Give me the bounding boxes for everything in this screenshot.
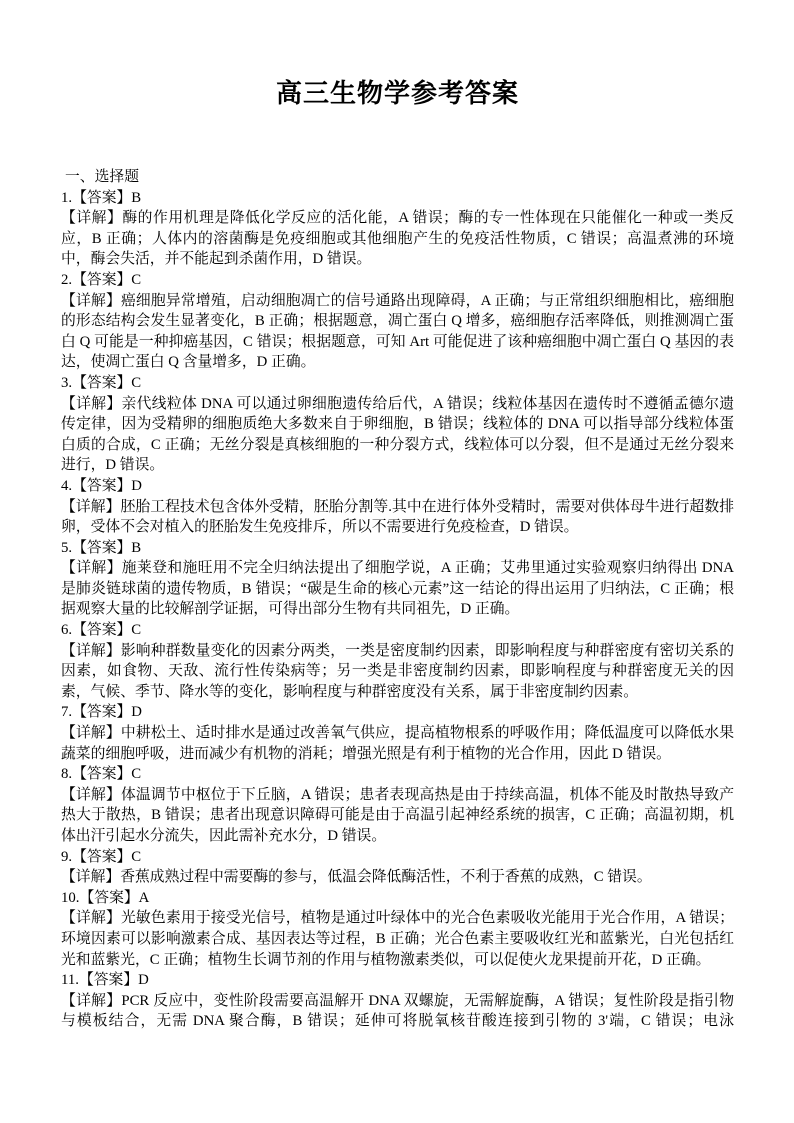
answer-line: 6.【答案】C [61, 620, 734, 641]
document-body: 一、选择题 1.【答案】B 【详解】酶的作用机理是降低化学反应的活化能，A 错误… [61, 167, 734, 1032]
answer-line: 2.【答案】C [61, 270, 734, 291]
document-title: 高三生物学参考答案 [61, 79, 734, 109]
detail-text: 【详解】中耕松土、适时排水是通过改善氧气供应，提高植物根系的呼吸作用；降低温度可… [61, 723, 734, 764]
answer-item: 1.【答案】B 【详解】酶的作用机理是降低化学反应的活化能，A 错误；酶的专一性… [61, 188, 734, 270]
answer-item: 10.【答案】A 【详解】光敏色素用于接受光信号，植物是通过叶绿体中的光合色素吸… [61, 888, 734, 970]
detail-text: 【详解】光敏色素用于接受光信号，植物是通过叶绿体中的光合色素吸收光能用于光合作用… [61, 908, 734, 970]
detail-text: 【详解】癌细胞异常增殖，启动细胞凋亡的信号通路出现障碍，A 正确；与正常组织细胞… [61, 291, 734, 373]
answer-line: 3.【答案】C [61, 373, 734, 394]
detail-text: 【详解】体温调节中枢位于下丘脑，A 错误；患者表现高热是由于持续高温，机体不能及… [61, 785, 734, 847]
section-heading: 一、选择题 [61, 167, 734, 188]
answer-item: 5.【答案】B 【详解】施莱登和施旺用不完全归纳法提出了细胞学说，A 正确；艾弗… [61, 538, 734, 620]
answer-item: 2.【答案】C 【详解】癌细胞异常增殖，启动细胞凋亡的信号通路出现障碍，A 正确… [61, 270, 734, 373]
document-page: 高三生物学参考答案 一、选择题 1.【答案】B 【详解】酶的作用机理是降低化学反… [0, 0, 794, 1123]
answer-item: 11.【答案】D 【详解】PCR 反应中，变性阶段需要高温解开 DNA 双螺旋，… [61, 970, 734, 1032]
detail-text: 【详解】胚胎工程技术包含体外受精，胚胎分割等.其中在进行体外受精时，需要对供体母… [61, 497, 734, 538]
answer-item: 7.【答案】D 【详解】中耕松土、适时排水是通过改善氧气供应，提高植物根系的呼吸… [61, 702, 734, 764]
answer-line: 7.【答案】D [61, 702, 734, 723]
answer-item: 8.【答案】C 【详解】体温调节中枢位于下丘脑，A 错误；患者表现高热是由于持续… [61, 764, 734, 846]
detail-text: 【详解】酶的作用机理是降低化学反应的活化能，A 错误；酶的专一性体现在只能催化一… [61, 208, 734, 270]
answer-item: 3.【答案】C 【详解】亲代线粒体 DNA 可以通过卵细胞遗传给后代，A 错误；… [61, 373, 734, 476]
answer-line: 9.【答案】C [61, 847, 734, 868]
answer-line: 5.【答案】B [61, 538, 734, 559]
answer-item: 6.【答案】C 【详解】影响种群数量变化的因素分两类，一类是密度制约因素，即影响… [61, 620, 734, 702]
answer-line: 4.【答案】D [61, 476, 734, 497]
answer-item: 4.【答案】D 【详解】胚胎工程技术包含体外受精，胚胎分割等.其中在进行体外受精… [61, 476, 734, 538]
detail-text: 【详解】亲代线粒体 DNA 可以通过卵细胞遗传给后代，A 错误；线粒体基因在遗传… [61, 394, 734, 476]
answer-line: 8.【答案】C [61, 764, 734, 785]
detail-text: 【详解】施莱登和施旺用不完全归纳法提出了细胞学说，A 正确；艾弗里通过实验观察归… [61, 558, 734, 620]
answer-line: 11.【答案】D [61, 970, 734, 991]
detail-text: 【详解】影响种群数量变化的因素分两类，一类是密度制约因素，即影响程度与种群密度有… [61, 641, 734, 703]
answer-item: 9.【答案】C 【详解】香蕉成熟过程中需要酶的参与，低温会降低酶活性，不利于香蕉… [61, 847, 734, 888]
answer-line: 1.【答案】B [61, 188, 734, 209]
detail-text: 【详解】香蕉成熟过程中需要酶的参与，低温会降低酶活性，不利于香蕉的成熟，C 错误… [61, 867, 734, 888]
detail-text: 【详解】PCR 反应中，变性阶段需要高温解开 DNA 双螺旋，无需解旋酶，A 错… [61, 991, 734, 1032]
answer-line: 10.【答案】A [61, 888, 734, 909]
